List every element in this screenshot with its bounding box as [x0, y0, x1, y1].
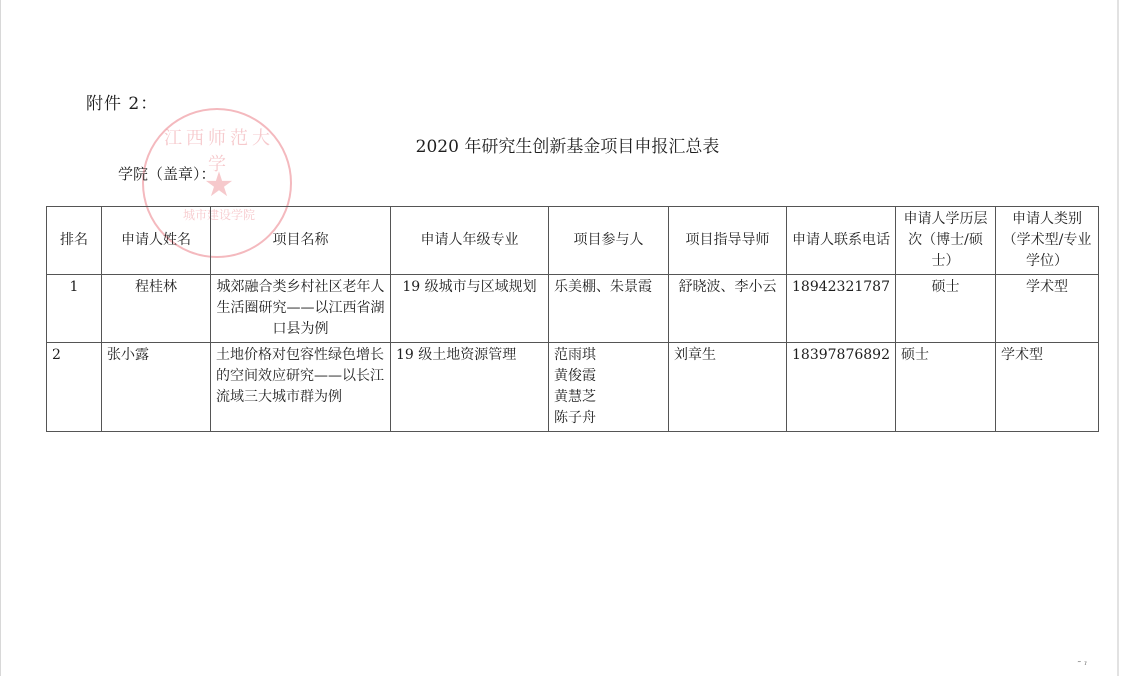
cell-grade-major: 19 级城市与区域规划: [391, 275, 549, 343]
cell-rank: 2: [47, 343, 102, 432]
table-row: 1 程桂林 城郊融合类乡村社区老年人生活圈研究——以江西省湖口县为例 19 级城…: [47, 275, 1099, 343]
table-row: 2 张小露 土地价格对包容性绿色增长的空间效应研究——以长江流域三大城市群为例 …: [47, 343, 1099, 432]
cell-advisor: 舒晓波、李小云: [669, 275, 787, 343]
header-applicant-name: 申请人姓名: [102, 207, 211, 275]
page-right-edge: [1117, 0, 1119, 676]
cell-project: 城郊融合类乡村社区老年人生活圈研究——以江西省湖口县为例: [211, 275, 391, 343]
cell-degree-level: 硕士: [895, 343, 995, 432]
cell-applicant: 程桂林: [102, 275, 211, 343]
cell-participants: 乐美棚、朱景霞: [549, 275, 669, 343]
cell-rank: 1: [47, 275, 102, 343]
cell-advisor: 刘章生: [669, 343, 787, 432]
scan-artifact-mark: ˜ ˀ: [1077, 661, 1087, 671]
page-left-edge: [0, 0, 1, 676]
header-phone: 申请人联系电话: [787, 207, 896, 275]
header-category: 申请人类别（学术型/专业学位）: [995, 207, 1098, 275]
header-participants: 项目参与人: [549, 207, 669, 275]
header-degree-level: 申请人学历层次（博士/硕士）: [895, 207, 995, 275]
cell-applicant: 张小露: [102, 343, 211, 432]
cell-category: 学术型: [995, 275, 1098, 343]
cell-grade-major: 19 级土地资源管理: [391, 343, 549, 432]
attachment-label: 附件 2：: [86, 89, 158, 114]
header-rank: 排名: [47, 207, 102, 275]
cell-project: 土地价格对包容性绿色增长的空间效应研究——以长江流域三大城市群为例: [211, 343, 391, 432]
header-advisor: 项目指导导师: [669, 207, 787, 275]
cell-participants: 范雨琪 黄俊霞 黄慧芝 陈子舟: [549, 343, 669, 432]
cell-degree-level: 硕士: [895, 275, 995, 343]
document-title: 2020 年研究生创新基金项目申报汇总表: [0, 132, 1125, 157]
college-seal-label: 学院（盖章）：: [118, 163, 216, 184]
cell-category: 学术型: [995, 343, 1098, 432]
cell-phone: 18397876892: [787, 343, 896, 432]
header-project-name: 项目名称: [211, 207, 391, 275]
header-grade-major: 申请人年级专业: [391, 207, 549, 275]
table-header-row: 排名 申请人姓名 项目名称 申请人年级专业 项目参与人 项目指导导师 申请人联系…: [47, 207, 1099, 275]
application-summary-table: 排名 申请人姓名 项目名称 申请人年级专业 项目参与人 项目指导导师 申请人联系…: [46, 206, 1099, 432]
cell-phone: 18942321787: [787, 275, 896, 343]
